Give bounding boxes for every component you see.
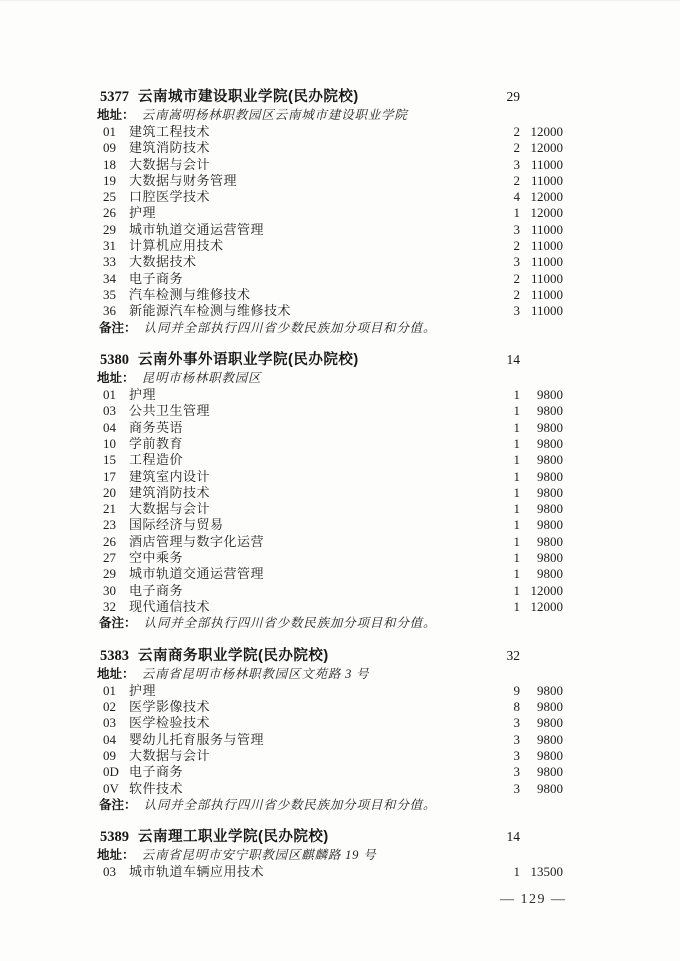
major-name: 汽车检测与维修技术 xyxy=(129,287,480,303)
major-code: 34 xyxy=(103,271,129,287)
major-tuition: 12000 xyxy=(520,124,563,140)
institution-header: 5383 云南商务职业学院(民办院校) 32 xyxy=(100,646,520,666)
major-name: 建筑消防技术 xyxy=(129,485,480,501)
major-tuition: 9800 xyxy=(520,501,563,517)
major-name: 城市轨道交通运营管理 xyxy=(129,566,480,582)
major-code: 0D xyxy=(103,764,129,780)
major-code: 01 xyxy=(103,387,129,403)
major-code: 09 xyxy=(103,748,129,764)
major-code: 36 xyxy=(103,303,129,319)
major-code: 03 xyxy=(103,403,129,419)
institution-code: 5389 xyxy=(100,828,129,847)
major-plan-count: 2 xyxy=(480,271,520,287)
major-row: 03 公共卫生管理 1 9800 xyxy=(103,403,563,419)
major-plan-count: 9 xyxy=(480,683,520,699)
major-row: 26 酒店管理与数字化运营 1 9800 xyxy=(103,534,563,550)
address-line: 地址： 云南省昆明市安宁职教园区麒麟路 19 号 xyxy=(97,847,680,864)
major-plan-count: 1 xyxy=(480,452,520,468)
major-row: 35 汽车检测与维修技术 2 11000 xyxy=(103,287,563,303)
major-code: 20 xyxy=(103,485,129,501)
major-row: 03 医学检验技术 3 9800 xyxy=(103,715,563,731)
major-plan-count: 1 xyxy=(480,501,520,517)
address-label: 地址： xyxy=(97,371,135,385)
major-code: 33 xyxy=(103,254,129,270)
major-code: 18 xyxy=(103,157,129,173)
major-name: 护理 xyxy=(129,683,480,699)
major-tuition: 11000 xyxy=(520,254,563,270)
major-plan-count: 1 xyxy=(480,517,520,533)
sections-container: 5377 云南城市建设职业学院(民办院校) 29 地址： 云南嵩明杨林职教园区云… xyxy=(0,87,680,881)
major-row: 32 现代通信技术 1 12000 xyxy=(103,599,563,615)
major-tuition: 9800 xyxy=(520,781,563,797)
major-row: 26 护理 1 12000 xyxy=(103,205,563,221)
major-tuition: 9800 xyxy=(520,452,563,468)
address-label: 地址： xyxy=(97,108,135,122)
major-plan-count: 3 xyxy=(480,748,520,764)
major-code: 23 xyxy=(103,517,129,533)
major-code: 29 xyxy=(103,566,129,582)
major-row: 29 城市轨道交通运营管理 3 11000 xyxy=(103,222,563,238)
note-text: 认同并全部执行四川省少数民族加分项目和分值。 xyxy=(144,616,437,630)
note-line: 备注： 认同并全部执行四川省少数民族加分项目和分值。 xyxy=(99,797,680,814)
major-plan-count: 1 xyxy=(480,864,520,880)
institution-code: 5380 xyxy=(100,351,129,370)
page-number: — 129 — xyxy=(500,892,567,908)
major-tuition: 12000 xyxy=(520,140,563,156)
major-code: 09 xyxy=(103,140,129,156)
address-text: 云南嵩明杨林职教园区云南城市建设职业学院 xyxy=(142,108,408,122)
institution-header: 5377 云南城市建设职业学院(民办院校) 29 xyxy=(100,87,520,107)
major-code: 26 xyxy=(103,205,129,221)
major-code: 15 xyxy=(103,452,129,468)
address-text: 云南省昆明市安宁职教园区麒麟路 19 号 xyxy=(142,848,377,862)
major-plan-count: 2 xyxy=(480,238,520,254)
note-text: 认同并全部执行四川省少数民族加分项目和分值。 xyxy=(144,798,437,812)
major-name: 城市轨道车辆应用技术 xyxy=(129,864,480,880)
major-code: 25 xyxy=(103,189,129,205)
major-tuition: 9800 xyxy=(520,699,563,715)
major-name: 国际经济与贸易 xyxy=(129,517,480,533)
major-plan-count: 3 xyxy=(480,303,520,319)
major-row: 01 建筑工程技术 2 12000 xyxy=(103,124,563,140)
major-plan-count: 2 xyxy=(480,287,520,303)
major-tuition: 9800 xyxy=(520,485,563,501)
major-code: 21 xyxy=(103,501,129,517)
major-code: 30 xyxy=(103,583,129,599)
major-plan-count: 3 xyxy=(480,764,520,780)
major-code: 03 xyxy=(103,864,129,880)
major-tuition: 9800 xyxy=(520,683,563,699)
major-row: 15 工程造价 1 9800 xyxy=(103,452,563,468)
institution-section: 5383 云南商务职业学院(民办院校) 32 地址： 云南省昆明市杨林职教园区文… xyxy=(0,646,680,814)
major-name: 现代通信技术 xyxy=(129,599,480,615)
major-tuition: 9800 xyxy=(520,550,563,566)
major-name: 公共卫生管理 xyxy=(129,403,480,419)
major-name: 新能源汽车检测与维修技术 xyxy=(129,303,480,319)
major-tuition: 9800 xyxy=(520,715,563,731)
institution-section: 5380 云南外事外语职业学院(民办院校) 14 地址： 昆明市杨林职教园区 0… xyxy=(0,350,680,632)
major-tuition: 11000 xyxy=(520,157,563,173)
major-name: 学前教育 xyxy=(129,436,480,452)
major-name: 电子商务 xyxy=(129,271,480,287)
major-row: 09 大数据与会计 3 9800 xyxy=(103,748,563,764)
major-plan-count: 8 xyxy=(480,699,520,715)
major-name: 建筑工程技术 xyxy=(129,124,480,140)
major-tuition: 11000 xyxy=(520,238,563,254)
major-row: 25 口腔医学技术 4 12000 xyxy=(103,189,563,205)
major-row: 02 医学影像技术 8 9800 xyxy=(103,699,563,715)
major-row: 29 城市轨道交通运营管理 1 9800 xyxy=(103,566,563,582)
institution-total-plan: 14 xyxy=(490,350,520,369)
major-name: 电子商务 xyxy=(129,764,480,780)
major-row: 17 建筑室内设计 1 9800 xyxy=(103,469,563,485)
note-label: 备注： xyxy=(99,321,137,335)
major-name: 计算机应用技术 xyxy=(129,238,480,254)
major-tuition: 9800 xyxy=(520,566,563,582)
note-line: 备注： 认同并全部执行四川省少数民族加分项目和分值。 xyxy=(99,320,680,337)
note-line: 备注： 认同并全部执行四川省少数民族加分项目和分值。 xyxy=(99,615,680,632)
major-name: 酒店管理与数字化运营 xyxy=(129,534,480,550)
major-plan-count: 1 xyxy=(480,485,520,501)
major-row: 18 大数据与会计 3 11000 xyxy=(103,157,563,173)
major-row: 21 大数据与会计 1 9800 xyxy=(103,501,563,517)
major-row: 01 护理 9 9800 xyxy=(103,683,563,699)
major-row: 0D 电子商务 3 9800 xyxy=(103,764,563,780)
institution-header: 5389 云南理工职业学院(民办院校) 14 xyxy=(100,827,520,847)
major-code: 29 xyxy=(103,222,129,238)
major-code: 01 xyxy=(103,124,129,140)
institution-name: 云南外事外语职业学院(民办院校) xyxy=(138,351,490,370)
major-name: 口腔医学技术 xyxy=(129,189,480,205)
major-tuition: 11000 xyxy=(520,271,563,287)
major-code: 19 xyxy=(103,173,129,189)
major-code: 17 xyxy=(103,469,129,485)
major-tuition: 9800 xyxy=(520,748,563,764)
major-plan-count: 1 xyxy=(480,469,520,485)
major-plan-count: 3 xyxy=(480,157,520,173)
major-name: 空中乘务 xyxy=(129,550,480,566)
major-row: 27 空中乘务 1 9800 xyxy=(103,550,563,566)
major-name: 大数据技术 xyxy=(129,254,480,270)
major-code: 01 xyxy=(103,683,129,699)
major-rows: 01 建筑工程技术 2 12000 09 建筑消防技术 2 12000 18 大… xyxy=(0,124,680,320)
address-line: 地址： 云南嵩明杨林职教园区云南城市建设职业学院 xyxy=(97,107,680,124)
major-plan-count: 1 xyxy=(480,403,520,419)
major-tuition: 11000 xyxy=(520,303,563,319)
institution-total-plan: 32 xyxy=(490,646,520,665)
major-plan-count: 1 xyxy=(480,534,520,550)
major-row: 09 建筑消防技术 2 12000 xyxy=(103,140,563,156)
institution-code: 5383 xyxy=(100,647,129,666)
major-tuition: 9800 xyxy=(520,387,563,403)
major-code: 27 xyxy=(103,550,129,566)
major-name: 大数据与会计 xyxy=(129,748,480,764)
major-plan-count: 2 xyxy=(480,173,520,189)
major-tuition: 11000 xyxy=(520,173,563,189)
major-plan-count: 3 xyxy=(480,715,520,731)
institution-name: 云南商务职业学院(民办院校) xyxy=(138,647,490,666)
address-label: 地址： xyxy=(97,667,135,681)
note-label: 备注： xyxy=(99,616,137,630)
institution-total-plan: 14 xyxy=(490,827,520,846)
major-row: 34 电子商务 2 11000 xyxy=(103,271,563,287)
major-rows: 01 护理 9 9800 02 医学影像技术 8 9800 03 医学检验技术 … xyxy=(0,683,680,797)
major-name: 城市轨道交通运营管理 xyxy=(129,222,480,238)
major-name: 软件技术 xyxy=(129,781,480,797)
major-plan-count: 1 xyxy=(480,583,520,599)
major-tuition: 11000 xyxy=(520,222,563,238)
major-row: 03 城市轨道车辆应用技术 1 13500 xyxy=(103,864,563,880)
major-tuition: 12000 xyxy=(520,583,563,599)
note-label: 备注： xyxy=(99,798,137,812)
major-plan-count: 3 xyxy=(480,254,520,270)
major-code: 31 xyxy=(103,238,129,254)
major-plan-count: 1 xyxy=(480,420,520,436)
institution-name: 云南理工职业学院(民办院校) xyxy=(138,828,490,847)
major-tuition: 13500 xyxy=(520,864,563,880)
major-tuition: 12000 xyxy=(520,599,563,615)
institution-section: 5377 云南城市建设职业学院(民办院校) 29 地址： 云南嵩明杨林职教园区云… xyxy=(0,87,680,336)
major-row: 20 建筑消防技术 1 9800 xyxy=(103,485,563,501)
major-row: 19 大数据与财务管理 2 11000 xyxy=(103,173,563,189)
institution-section: 5389 云南理工职业学院(民办院校) 14 地址： 云南省昆明市安宁职教园区麒… xyxy=(0,827,680,880)
address-line: 地址： 云南省昆明市杨林职教园区文苑路 3 号 xyxy=(97,666,680,683)
major-tuition: 9800 xyxy=(520,403,563,419)
major-name: 大数据与财务管理 xyxy=(129,173,480,189)
major-plan-count: 1 xyxy=(480,387,520,403)
major-name: 建筑室内设计 xyxy=(129,469,480,485)
major-plan-count: 3 xyxy=(480,222,520,238)
note-text: 认同并全部执行四川省少数民族加分项目和分值。 xyxy=(144,321,437,335)
major-plan-count: 1 xyxy=(480,205,520,221)
address-label: 地址： xyxy=(97,848,135,862)
major-plan-count: 2 xyxy=(480,140,520,156)
major-row: 01 护理 1 9800 xyxy=(103,387,563,403)
major-row: 23 国际经济与贸易 1 9800 xyxy=(103,517,563,533)
major-name: 大数据与会计 xyxy=(129,157,480,173)
major-name: 工程造价 xyxy=(129,452,480,468)
major-row: 04 商务英语 1 9800 xyxy=(103,420,563,436)
major-tuition: 9800 xyxy=(520,469,563,485)
page-number-text: — 129 — xyxy=(500,892,567,907)
major-rows: 03 城市轨道车辆应用技术 1 13500 xyxy=(0,864,680,880)
major-name: 电子商务 xyxy=(129,583,480,599)
major-row: 36 新能源汽车检测与维修技术 3 11000 xyxy=(103,303,563,319)
major-row: 31 计算机应用技术 2 11000 xyxy=(103,238,563,254)
major-tuition: 12000 xyxy=(520,189,563,205)
major-name: 医学检验技术 xyxy=(129,715,480,731)
major-tuition: 9800 xyxy=(520,436,563,452)
major-row: 30 电子商务 1 12000 xyxy=(103,583,563,599)
major-tuition: 9800 xyxy=(520,732,563,748)
institution-code: 5377 xyxy=(100,88,129,107)
major-tuition: 11000 xyxy=(520,287,563,303)
address-text: 昆明市杨林职教园区 xyxy=(142,371,262,385)
major-plan-count: 2 xyxy=(480,124,520,140)
institution-header: 5380 云南外事外语职业学院(民办院校) 14 xyxy=(100,350,520,370)
major-code: 32 xyxy=(103,599,129,615)
major-plan-count: 4 xyxy=(480,189,520,205)
major-name: 商务英语 xyxy=(129,420,480,436)
major-code: 04 xyxy=(103,420,129,436)
major-plan-count: 1 xyxy=(480,599,520,615)
major-code: 0V xyxy=(103,781,129,797)
major-code: 04 xyxy=(103,732,129,748)
major-row: 10 学前教育 1 9800 xyxy=(103,436,563,452)
major-code: 26 xyxy=(103,534,129,550)
major-tuition: 9800 xyxy=(520,420,563,436)
major-name: 医学影像技术 xyxy=(129,699,480,715)
address-text: 云南省昆明市杨林职教园区文苑路 3 号 xyxy=(142,667,370,681)
major-tuition: 9800 xyxy=(520,517,563,533)
institution-name: 云南城市建设职业学院(民办院校) xyxy=(138,88,490,107)
major-rows: 01 护理 1 9800 03 公共卫生管理 1 9800 04 商务英语 1 … xyxy=(0,387,680,615)
major-name: 婴幼儿托育服务与管理 xyxy=(129,732,480,748)
major-code: 02 xyxy=(103,699,129,715)
major-plan-count: 3 xyxy=(480,781,520,797)
major-code: 35 xyxy=(103,287,129,303)
address-line: 地址： 昆明市杨林职教园区 xyxy=(97,370,680,387)
major-plan-count: 1 xyxy=(480,566,520,582)
major-name: 大数据与会计 xyxy=(129,501,480,517)
major-tuition: 9800 xyxy=(520,764,563,780)
major-code: 03 xyxy=(103,715,129,731)
major-tuition: 12000 xyxy=(520,205,563,221)
major-code: 10 xyxy=(103,436,129,452)
major-plan-count: 1 xyxy=(480,550,520,566)
major-name: 护理 xyxy=(129,387,480,403)
major-name: 护理 xyxy=(129,205,480,221)
document-page: 5377 云南城市建设职业学院(民办院校) 29 地址： 云南嵩明杨林职教园区云… xyxy=(0,0,680,961)
institution-total-plan: 29 xyxy=(490,87,520,106)
major-name: 建筑消防技术 xyxy=(129,140,480,156)
major-row: 04 婴幼儿托育服务与管理 3 9800 xyxy=(103,732,563,748)
major-tuition: 9800 xyxy=(520,534,563,550)
major-row: 0V 软件技术 3 9800 xyxy=(103,781,563,797)
major-plan-count: 1 xyxy=(480,436,520,452)
major-plan-count: 3 xyxy=(480,732,520,748)
major-row: 33 大数据技术 3 11000 xyxy=(103,254,563,270)
